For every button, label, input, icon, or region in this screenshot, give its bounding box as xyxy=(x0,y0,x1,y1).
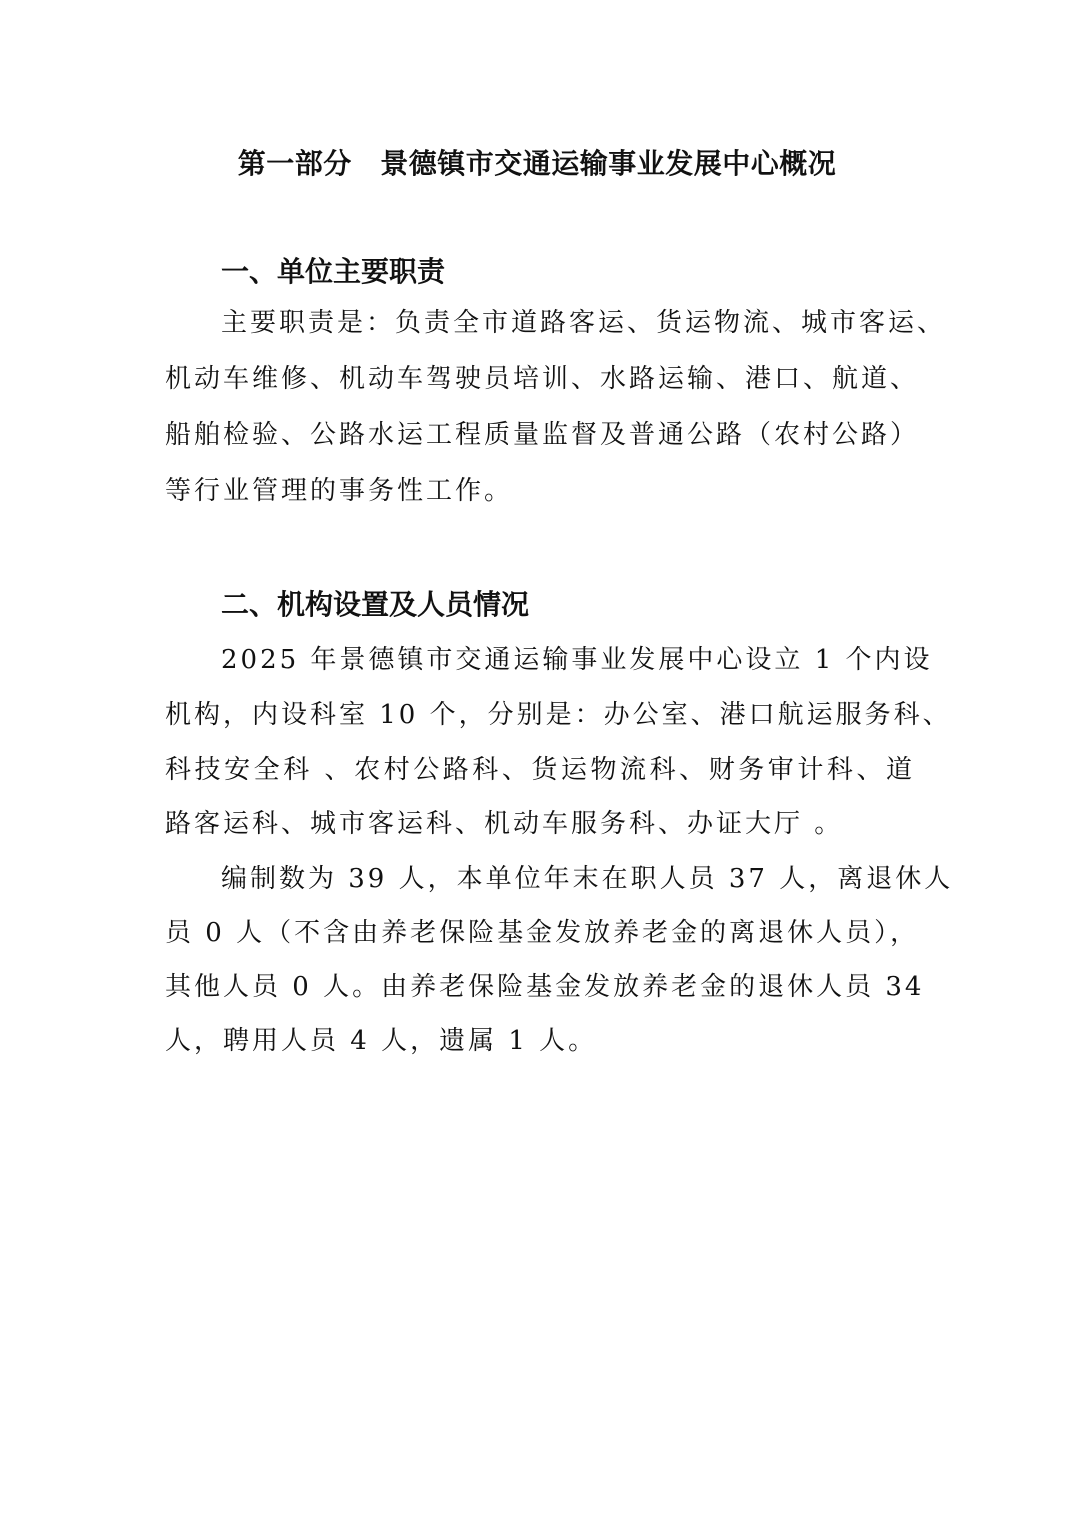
paragraph-line: 2025 年景德镇市交通运输事业发展中心设立 1 个内设 xyxy=(221,642,915,678)
paragraph-line: 编制数为 39 人，本单位年末在职人员 37 人，离退休人 xyxy=(221,861,915,897)
paragraph-line: 员 0 人（不含由养老保险基金发放养老金的离退休人员）， xyxy=(165,915,915,951)
paragraph-line: 等行业管理的事务性工作。 xyxy=(165,473,915,509)
section-heading-organization: 二、机构设置及人员情况 xyxy=(221,585,529,625)
paragraph-line: 科技安全科 、农村公路科、货运物流科、财务审计科、道 xyxy=(165,752,915,788)
page-title: 第一部分 景德镇市交通运输事业发展中心概况 xyxy=(0,142,1074,186)
paragraph-line: 其他人员 0 人。由养老保险基金发放养老金的退休人员 34 xyxy=(165,969,915,1005)
document-page: 第一部分 景德镇市交通运输事业发展中心概况 一、单位主要职责 主要职责是：负责全… xyxy=(0,0,1074,1520)
paragraph-line: 机动车维修、机动车驾驶员培训、水路运输、港口、航道、 xyxy=(165,361,915,397)
paragraph-line: 船舶检验、公路水运工程质量监督及普通公路（农村公路） xyxy=(165,417,915,453)
paragraph-line: 主要职责是：负责全市道路客运、货运物流、城市客运、 xyxy=(221,305,915,341)
section-heading-duties: 一、单位主要职责 xyxy=(221,252,445,292)
paragraph-line: 路客运科、城市客运科、机动车服务科、办证大厅 。 xyxy=(165,806,915,842)
paragraph-line: 机构，内设科室 10 个，分别是：办公室、港口航运服务科、 xyxy=(165,697,915,733)
paragraph-line: 人，聘用人员 4 人，遗属 1 人。 xyxy=(165,1023,915,1059)
